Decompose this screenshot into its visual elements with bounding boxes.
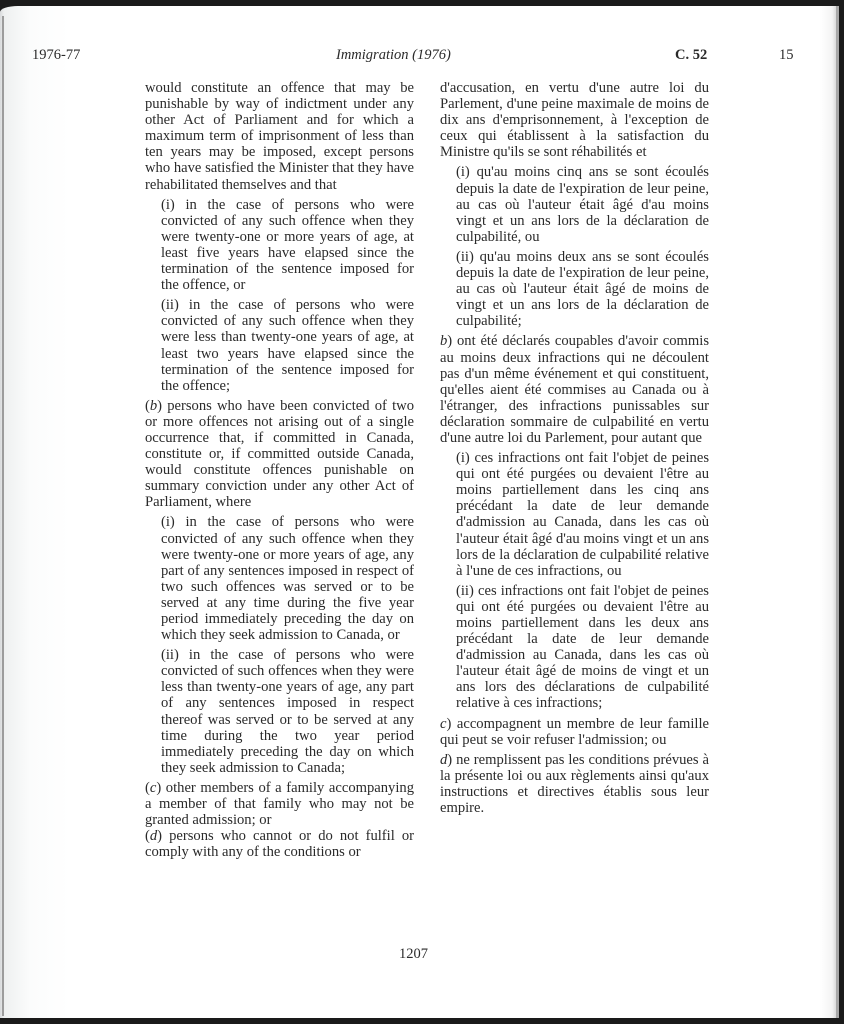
french-column: d'accusation, en vertu d'une autre loi d… — [440, 80, 709, 816]
english-paragraph-d: (d) persons who cannot or do not fulfil … — [145, 828, 414, 860]
french-subparagraph-a-i: (i) qu'au moins cinq ans se sont écoulés… — [456, 164, 709, 244]
english-column: would constitute an offence that may be … — [145, 80, 414, 860]
page-number: 15 — [779, 47, 794, 64]
book-gutter-edge — [2, 16, 4, 1016]
document-page — [0, 6, 838, 1018]
page-right-edge — [836, 6, 839, 1018]
french-paragraph-b: b) ont été déclarés coupables d'avoir co… — [440, 333, 709, 446]
statute-folio-number: 1207 — [399, 946, 428, 963]
french-subparagraph-b-i: (i) ces infractions ont fait l'objet de … — [456, 450, 709, 579]
english-paragraph-b: (b) persons who have been convicted of t… — [145, 398, 414, 511]
french-subparagraph-b-ii: (ii) ces infractions ont fait l'objet de… — [456, 583, 709, 712]
paragraph-label-d: d — [150, 828, 157, 844]
french-paragraph-c-text: ) accompagnent un membre de leur famille… — [440, 716, 709, 748]
french-paragraph-c: c) accompagnent un membre de leur famill… — [440, 716, 709, 748]
english-subparagraph-b-i: (i) in the case of persons who were conv… — [161, 514, 414, 643]
french-subparagraph-a-ii: (ii) qu'au moins deux ans se sont écoulé… — [456, 249, 709, 329]
french-paragraph-d-text: ) ne remplissent pas les conditions prév… — [440, 752, 709, 816]
french-intro-paragraph: d'accusation, en vertu d'une autre loi d… — [440, 80, 709, 160]
english-subparagraph-a-i: (i) in the case of persons who were conv… — [161, 197, 414, 294]
english-intro-paragraph: would constitute an offence that may be … — [145, 80, 414, 193]
chapter-number: C. 52 — [675, 47, 707, 64]
french-paragraph-b-text: ) ont été déclarés coupables d'avoir com… — [440, 333, 709, 446]
session-year: 1976-77 — [32, 47, 80, 64]
english-subparagraph-a-ii: (ii) in the case of persons who were con… — [161, 297, 414, 394]
english-subparagraph-b-ii: (ii) in the case of persons who were con… — [161, 647, 414, 776]
french-paragraph-d: d) ne remplissent pas les conditions pré… — [440, 752, 709, 816]
english-paragraph-b-text: persons who have been convicted of two o… — [145, 398, 414, 511]
paragraph-label-c: c — [150, 780, 156, 796]
english-paragraph-d-text: persons who cannot or do not fulfil or c… — [145, 828, 414, 860]
english-paragraph-c: (c) other members of a family accompanyi… — [145, 780, 414, 828]
running-head: 1976-77 Immigration (1976) C. 52 15 — [0, 47, 844, 67]
paragraph-label-b: b — [150, 398, 157, 414]
act-title: Immigration (1976) — [336, 47, 451, 64]
english-paragraph-c-text: other members of a family accompanying a… — [145, 780, 414, 828]
